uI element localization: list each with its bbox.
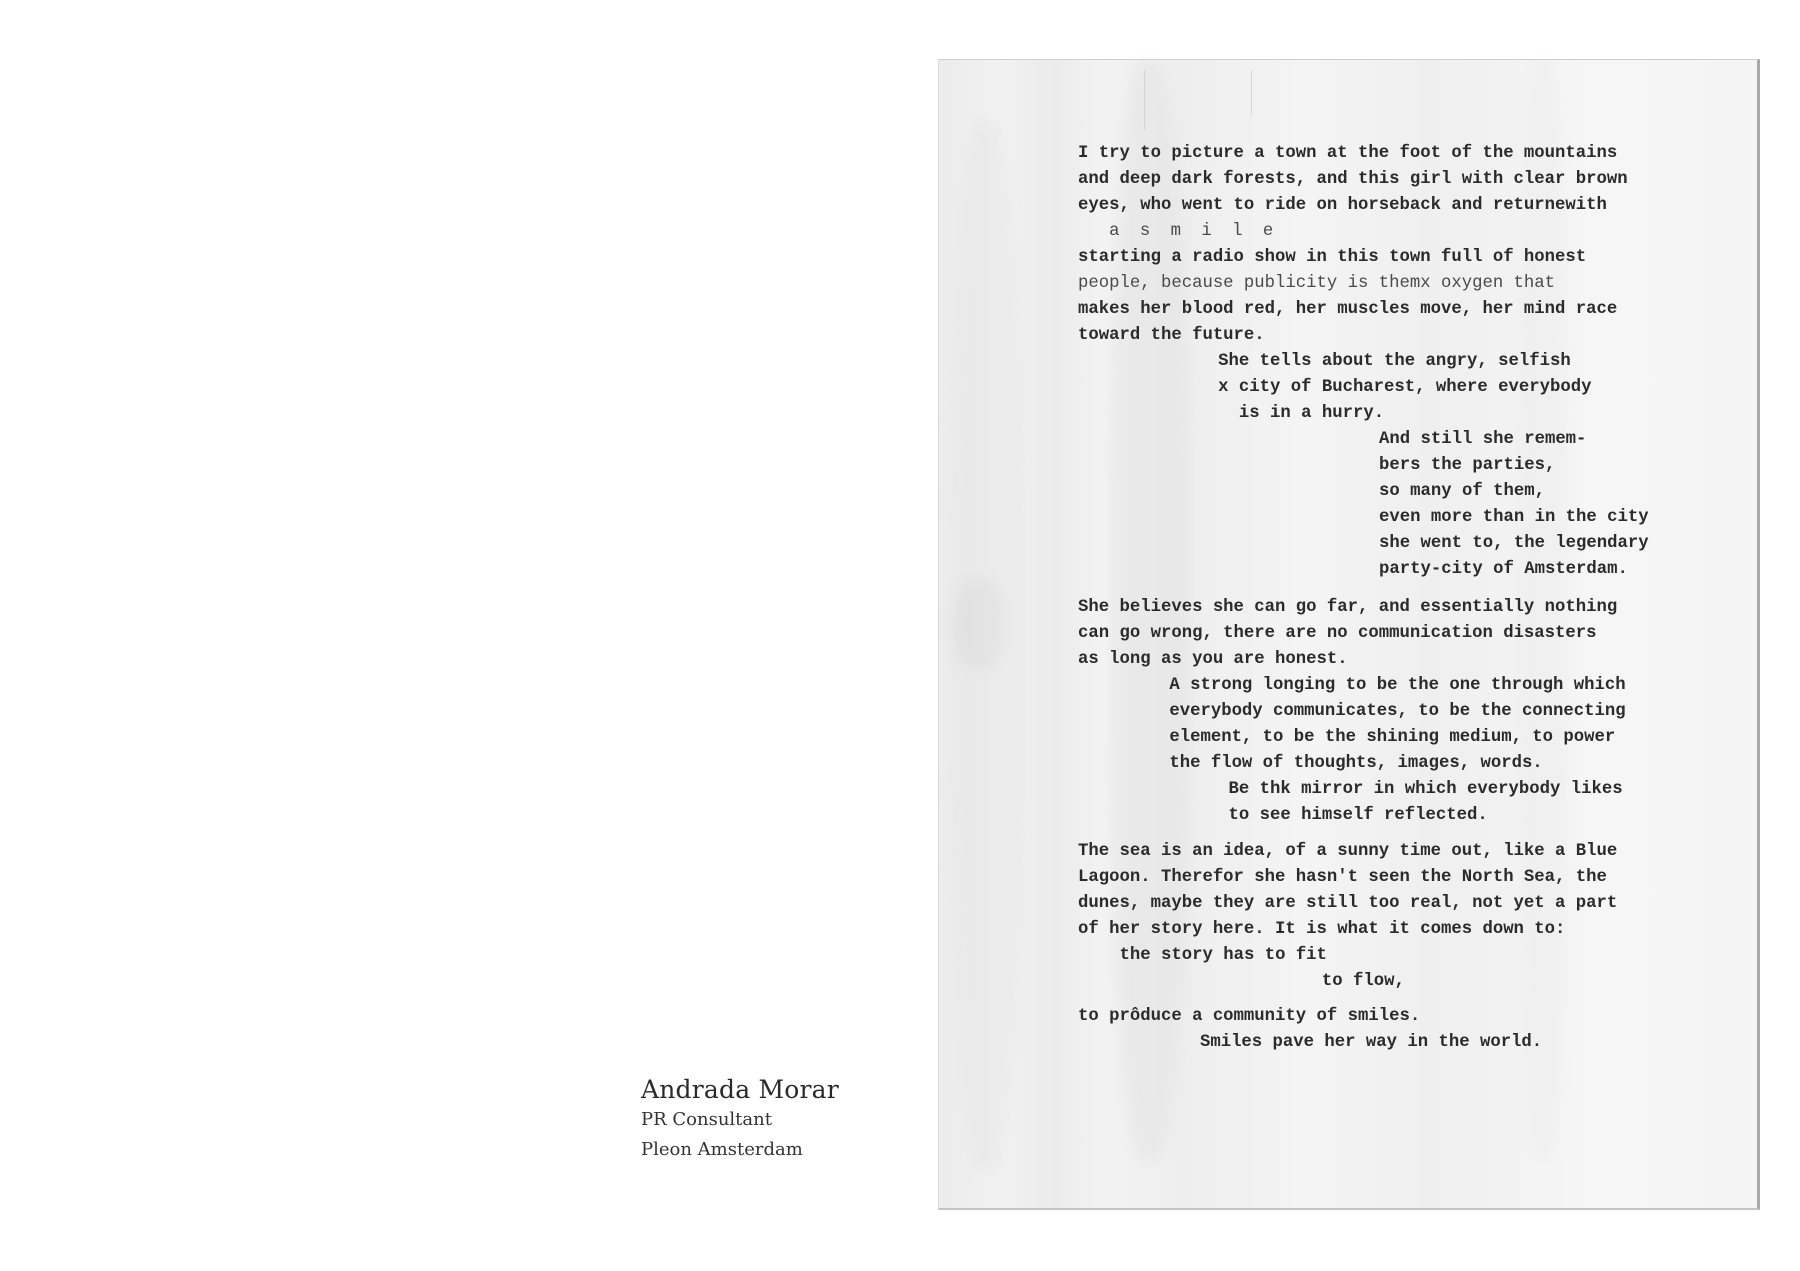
typescript-line: even more than in the city: [1379, 508, 1649, 528]
typewritten-page: I try to picture a town at the foot of t…: [938, 59, 1760, 1210]
author-role: PR Consultant: [641, 1105, 839, 1135]
paper-crease: [1251, 70, 1252, 115]
typescript-line: as long as you are honest.: [1078, 650, 1348, 670]
typescript-line: I try to picture a town at the foot of t…: [1078, 144, 1617, 164]
typescript-line: is in a hurry.: [1239, 404, 1384, 424]
typescript-line: Be thk mirror in which everybody likes: [1229, 780, 1623, 800]
typescript-line: bers the parties,: [1379, 456, 1555, 476]
typescript-line: to flow,: [1322, 972, 1405, 992]
typescript-line: A strong longing to be the one through w…: [1169, 676, 1625, 696]
typescript-line: to see himself reflected.: [1229, 806, 1488, 826]
author-caption: Andrada Morar PR Consultant Pleon Amster…: [641, 1075, 839, 1165]
typescript-line: of her story here. It is what it comes d…: [1078, 920, 1565, 940]
typescript-line: she went to, the legendary: [1379, 534, 1649, 554]
typescript-line: and deep dark forests, and this girl wit…: [1078, 170, 1628, 190]
typescript-line: She believes she can go far, and essenti…: [1078, 598, 1617, 618]
typescript-line: She tells about the angry, selfish: [1218, 352, 1571, 372]
typescript-line: Lagoon. Therefor she hasn't seen the Nor…: [1078, 868, 1607, 888]
typescript-line: eyes, who went to ride on horseback and …: [1078, 196, 1607, 216]
typescript-line: starting a radio show in this town full …: [1078, 248, 1586, 268]
typescript-line: element, to be the shining medium, to po…: [1169, 728, 1615, 748]
typescript-line: everybody communicates, to be the connec…: [1169, 702, 1625, 722]
typescript-line: Smiles pave her way in the world.: [1200, 1033, 1542, 1053]
typescript-line: dunes, maybe they are still too real, no…: [1078, 894, 1617, 914]
typescript-line: x city of Bucharest, where everybody: [1218, 378, 1591, 398]
typescript-line: makes her blood red, her muscles move, h…: [1078, 300, 1617, 320]
typescript-line: And still she remem-: [1379, 430, 1586, 450]
typescript-line: to prôduce a community of smiles.: [1078, 1007, 1420, 1027]
typescript-line: party-city of Amsterdam.: [1379, 560, 1628, 580]
typescript-line: so many of them,: [1379, 482, 1545, 502]
typescript-line: the story has to fit: [1120, 946, 1327, 966]
author-name: Andrada Morar: [641, 1075, 839, 1105]
typescript-line: people, because publicity is themx oxyge…: [1078, 274, 1555, 294]
typescript-line: can go wrong, there are no communication…: [1078, 624, 1597, 644]
typescript-line: The sea is an idea, of a sunny time out,…: [1078, 842, 1617, 862]
author-company: Pleon Amsterdam: [641, 1135, 839, 1165]
typescript-line: toward the future.: [1078, 326, 1265, 346]
typescript-line: the flow of thoughts, images, words.: [1169, 754, 1542, 774]
typescript-line: a s m i l e: [1109, 222, 1278, 242]
paper-crease: [1144, 70, 1145, 130]
paper-smudge: [954, 580, 1004, 670]
